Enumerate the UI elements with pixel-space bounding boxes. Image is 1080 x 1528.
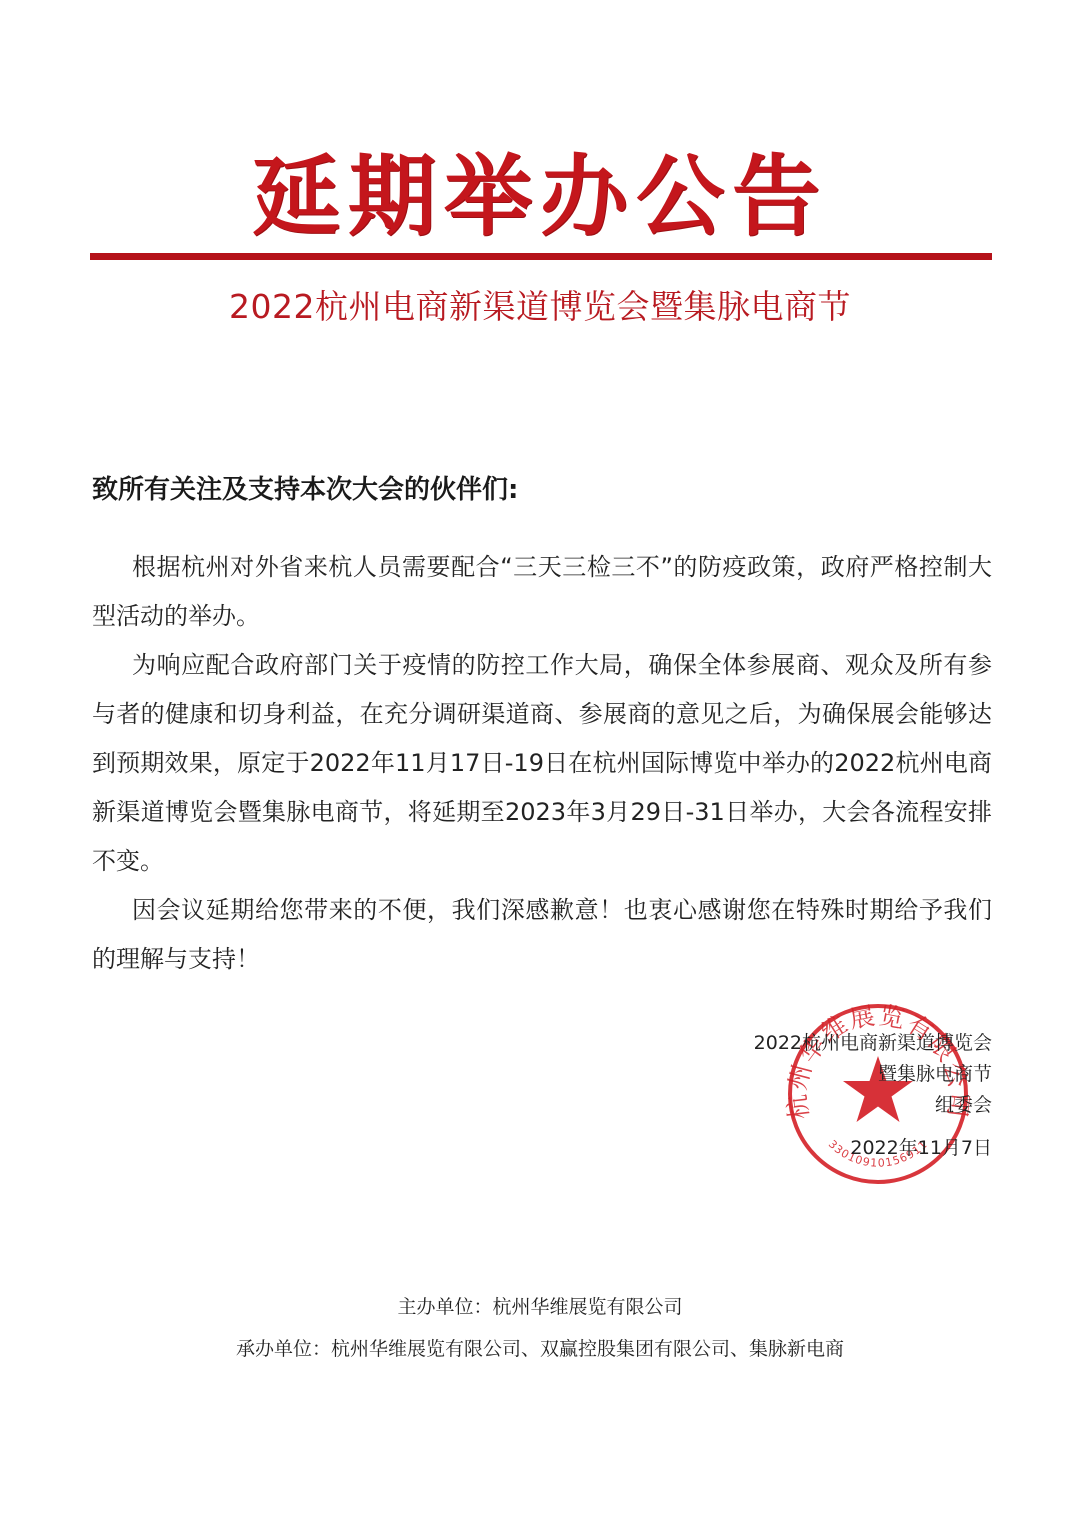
paragraph-policy: 根据杭州对外省来杭人员需要配合“三天三检三不”的防疫政策，政府严格控制大型活动的… [92, 543, 992, 641]
event-subtitle: 2022杭州电商新渠道博览会暨集脉电商节 [0, 284, 1080, 330]
co-organizer-line: 承办单位：杭州华维展览有限公司、双赢控股集团有限公司、集脉新电商 [0, 1328, 1080, 1370]
letter-body: 根据杭州对外省来杭人员需要配合“三天三检三不”的防疫政策，政府严格控制大型活动的… [92, 543, 992, 984]
signature-line-festival: 暨集脉电商节 [754, 1059, 992, 1090]
signature-block: 2022杭州电商新渠道博览会 暨集脉电商节 组委会 2022年11月7日 [754, 1028, 992, 1164]
signature-line-event: 2022杭州电商新渠道博览会 [754, 1028, 992, 1059]
signature-date: 2022年11月7日 [754, 1133, 992, 1164]
paragraph-apology: 因会议延期给您带来的不便，我们深感歉意！也衷心感谢您在特殊时期给予我们的理解与支… [92, 886, 992, 984]
footer-organizers: 主办单位：杭州华维展览有限公司 承办单位：杭州华维展览有限公司、双赢控股集团有限… [0, 1286, 1080, 1370]
page-title: 延期举办公告 [0, 142, 1080, 252]
title-divider [90, 253, 992, 260]
signature-line-committee: 组委会 [754, 1090, 992, 1121]
paragraph-postponement: 为响应配合政府部门关于疫情的防控工作大局，确保全体参展商、观众及所有参与者的健康… [92, 641, 992, 886]
organizer-line: 主办单位：杭州华维展览有限公司 [0, 1286, 1080, 1328]
salutation: 致所有关注及支持本次大会的伙伴们: [92, 470, 518, 510]
